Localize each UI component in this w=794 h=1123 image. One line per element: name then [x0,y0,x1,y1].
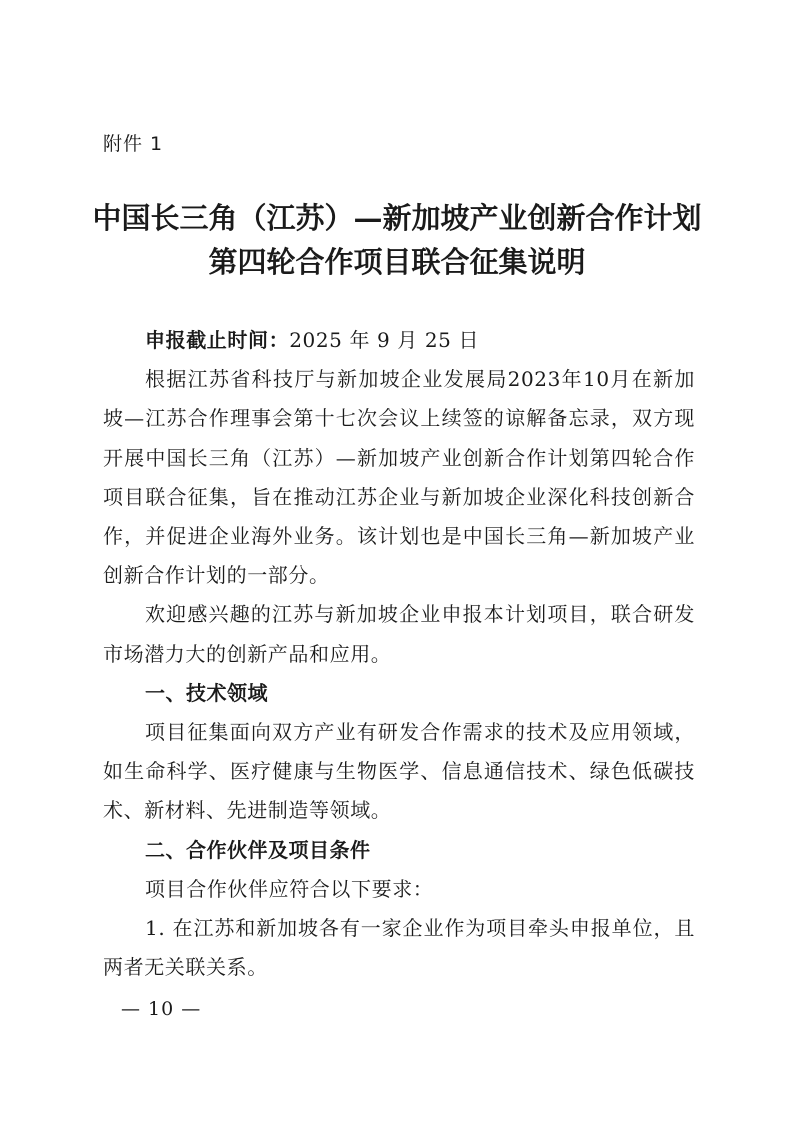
title-line-2: 第四轮合作项目联合征集说明 [0,240,794,284]
partners-requirement-1: 1. 在江苏和新加坡各有一家企业作为项目牵头申报单位，且两者无关联关系。 [103,909,695,987]
attachment-label: 附件 1 [103,131,163,157]
tech-fields-paragraph: 项目征集面向双方产业有研发合作需求的技术及应用领域，如生命科学、医疗健康与生物医… [103,713,695,831]
deadline-line: 申报截止时间：2025 年 9 月 25 日 [103,321,695,360]
page-number: — 10 — [121,996,201,1022]
document-body: 申报截止时间：2025 年 9 月 25 日 根据江苏省科技厅与新加坡企业发展局… [103,321,695,987]
document-page: 附件 1 中国长三角（江苏）—新加坡产业创新合作计划 第四轮合作项目联合征集说明… [0,0,794,1123]
partners-intro-paragraph: 项目合作伙伴应符合以下要求： [103,870,695,909]
welcome-paragraph: 欢迎感兴趣的江苏与新加坡企业申报本计划项目，联合研发市场潜力大的创新产品和应用。 [103,595,695,673]
intro-paragraph: 根据江苏省科技厅与新加坡企业发展局2023年10月在新加坡—江苏合作理事会第十七… [103,360,695,595]
section-heading-tech-fields: 一、技术领域 [103,674,695,713]
section-heading-partners: 二、合作伙伴及项目条件 [103,831,695,870]
deadline-value: 2025 年 9 月 25 日 [289,328,479,352]
document-title: 中国长三角（江苏）—新加坡产业创新合作计划 第四轮合作项目联合征集说明 [0,196,794,284]
deadline-label: 申报截止时间： [145,328,289,352]
title-line-1: 中国长三角（江苏）—新加坡产业创新合作计划 [0,196,794,240]
